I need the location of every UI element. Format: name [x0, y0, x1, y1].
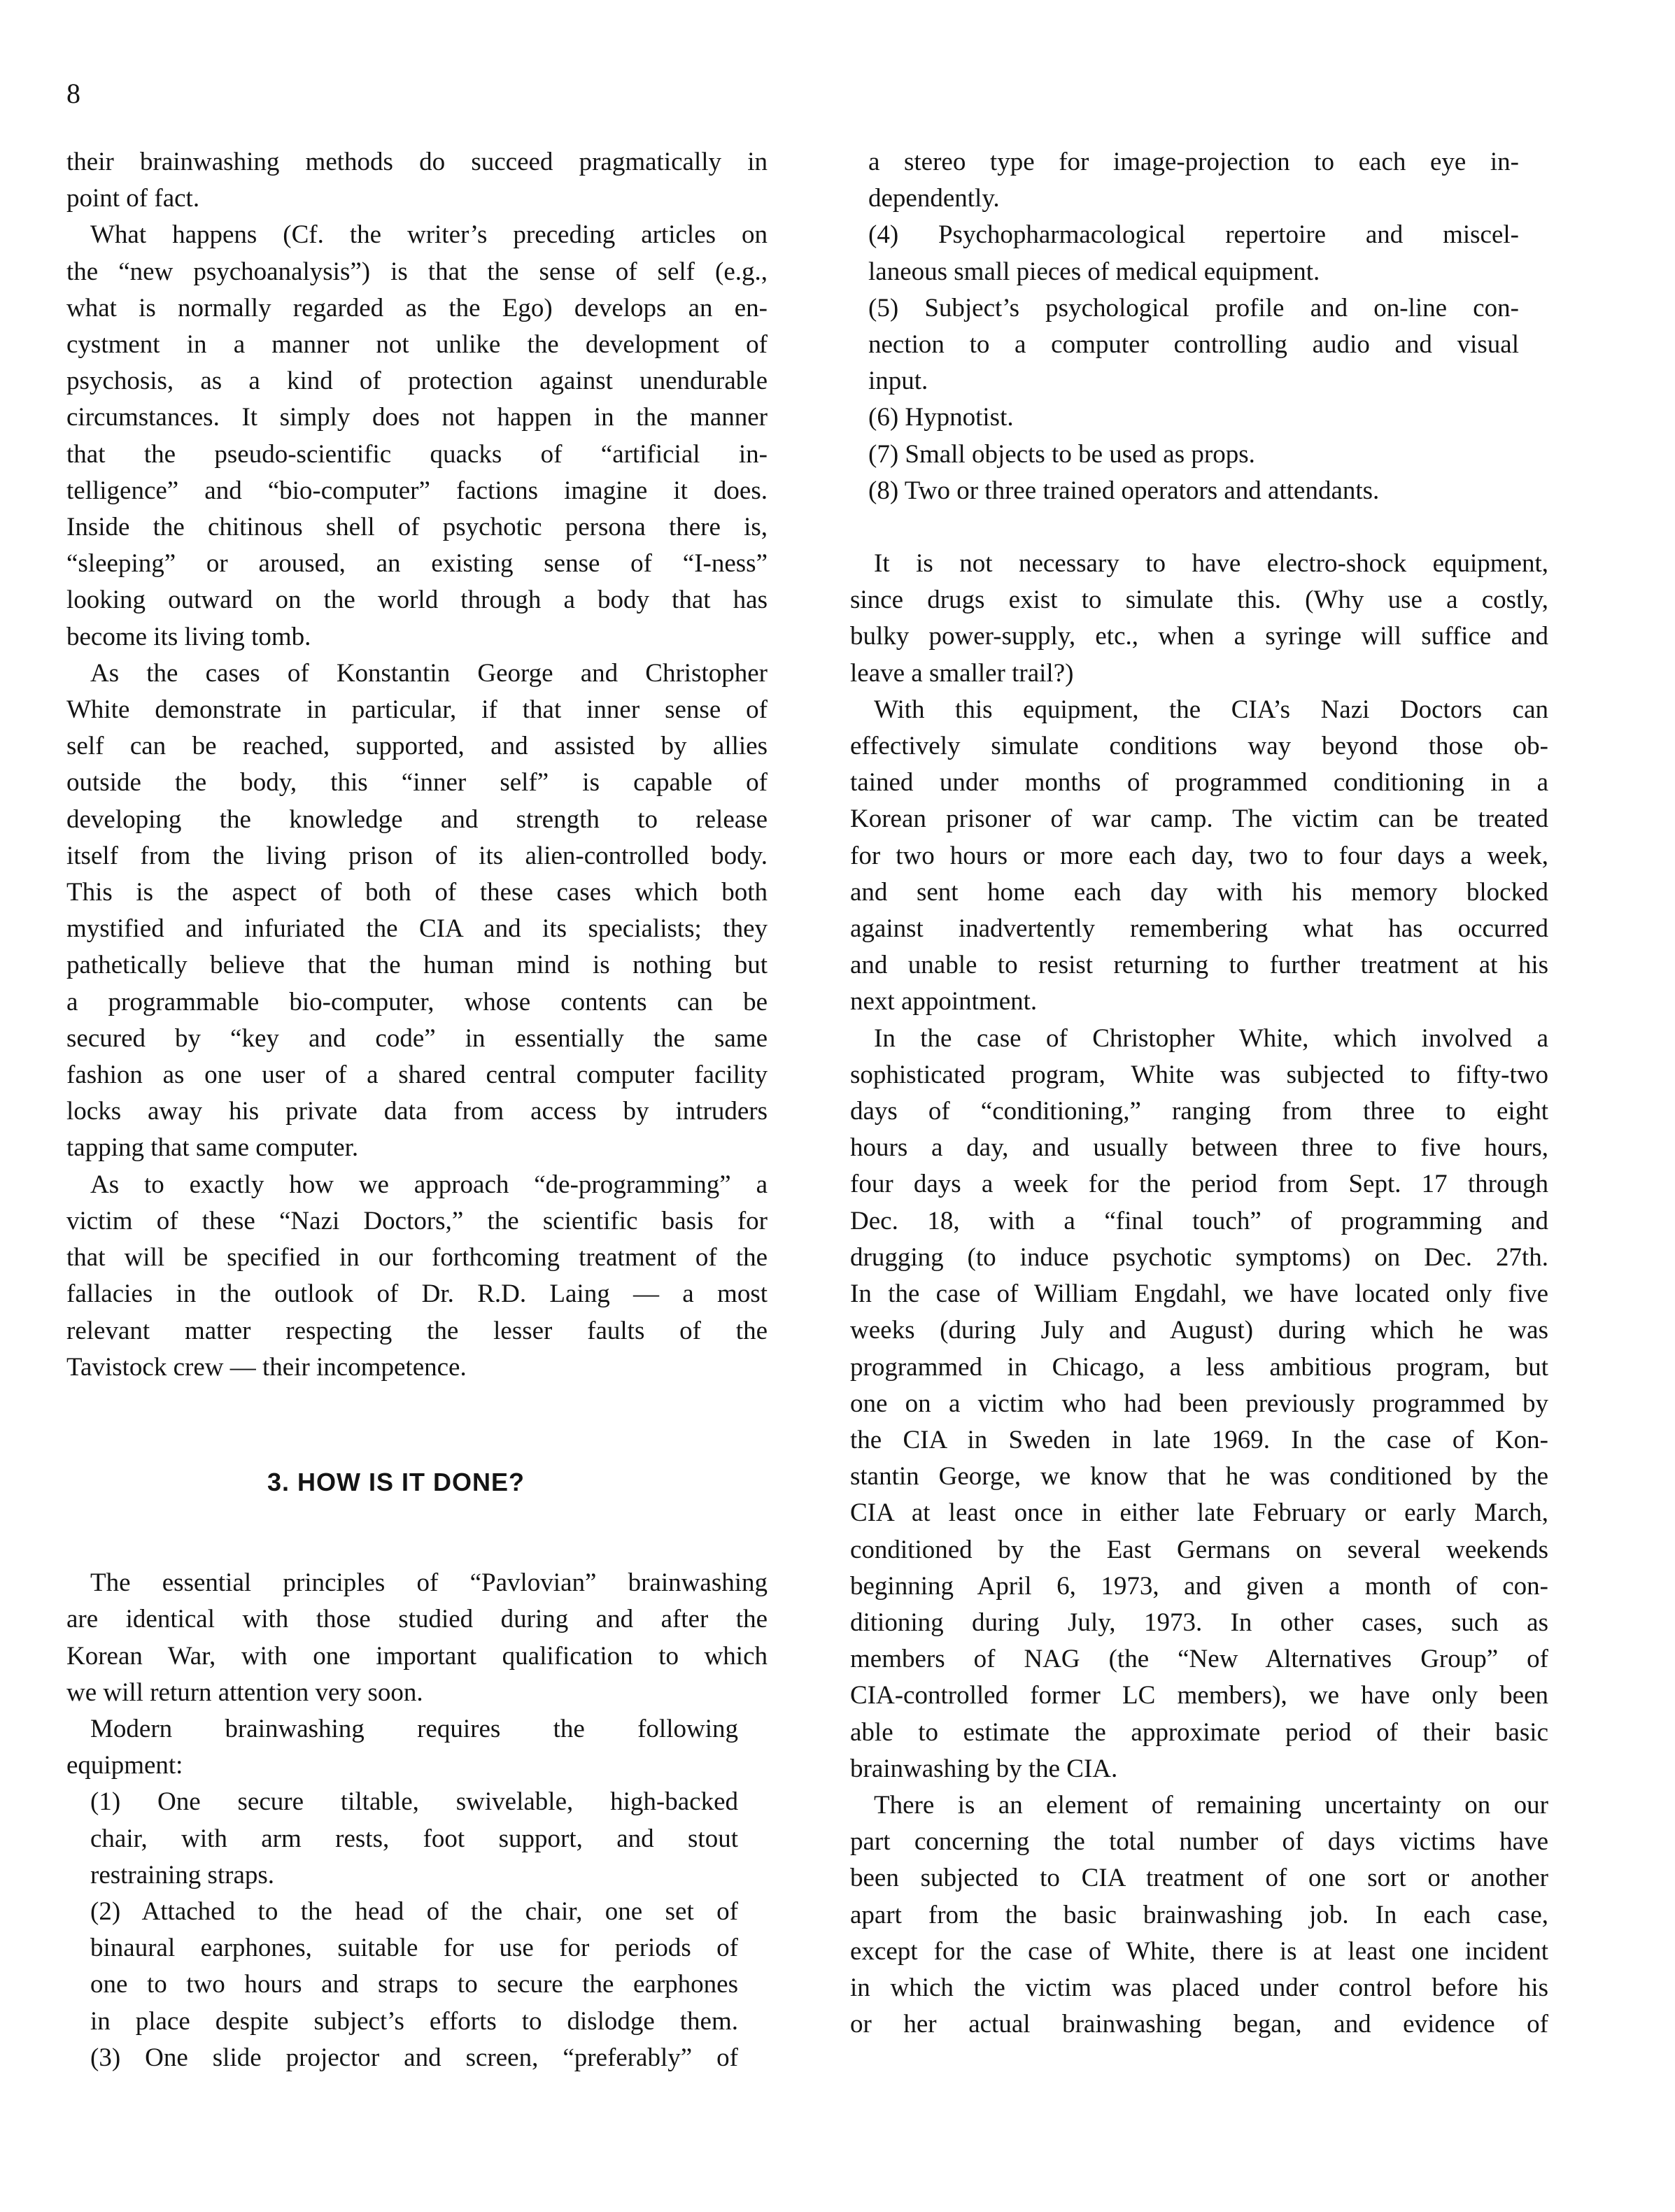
- paragraph-cases: As the cases of Konstantin George and Ch…: [66, 655, 768, 1167]
- text-line: since drugs exist to simulate this. (Why…: [850, 582, 1548, 618]
- text-line: laneous small pieces of medical equipmen…: [868, 254, 1519, 290]
- text-line: and unable to resist returning to furthe…: [850, 947, 1548, 984]
- text-line: (5) Subject’s psychological profile and …: [868, 290, 1519, 327]
- equipment-item-1: (1) One secure tiltable, swivelable, hig…: [90, 1784, 738, 1894]
- text-line: Dec. 18, with a “final touch” of program…: [850, 1203, 1548, 1240]
- text-line: and sent home each day with his memory b…: [850, 874, 1548, 911]
- text-line: It is not necessary to have electro-shoc…: [850, 546, 1548, 582]
- text-line: CIA at least once in either late Februar…: [850, 1495, 1548, 1531]
- text-line: hours a day, and usually between three t…: [850, 1130, 1548, 1166]
- text-line: members of NAG (the “New Alternatives Gr…: [850, 1641, 1548, 1678]
- text-line: their brainwashing methods do succeed pr…: [66, 144, 768, 180]
- text-line: fashion as one user of a shared central …: [66, 1057, 768, 1093]
- text-line: victim of these “Nazi Doctors,” the scie…: [66, 1203, 768, 1240]
- text-line: “sleeping” or aroused, an existing sense…: [66, 546, 768, 582]
- text-line: Inside the chitinous shell of psychotic …: [66, 509, 768, 546]
- section-heading: 3. HOW IS IT DONE?: [66, 1464, 768, 1501]
- right-column: a stereo type for image-projection to ea…: [850, 144, 1548, 2043]
- text-line: tapping that same computer.: [66, 1130, 768, 1166]
- text-line: conditioned by the East Germans on sever…: [850, 1532, 1548, 1568]
- text-line: (7) Small objects to be used as props.: [868, 437, 1519, 473]
- text-line: (8) Two or three trained operators and a…: [868, 473, 1519, 509]
- paragraph-christopher-white: In the case of Christopher White, which …: [850, 1021, 1548, 1787]
- text-line: effectively simulate conditions way beyo…: [850, 728, 1548, 765]
- equipment-item-8: (8) Two or three trained operators and a…: [868, 473, 1519, 509]
- text-line: able to estimate the approximate period …: [850, 1715, 1548, 1751]
- text-line: equipment:: [66, 1747, 738, 1784]
- text-line: White demonstrate in particular, if that…: [66, 692, 768, 728]
- text-line: cystment in a manner not unlike the deve…: [66, 327, 768, 363]
- text-line: programmed in Chicago, a less ambitious …: [850, 1349, 1548, 1386]
- text-line: next appointment.: [850, 984, 1548, 1020]
- text-line: (2) Attached to the head of the chair, o…: [90, 1894, 738, 1930]
- text-line: become its living tomb.: [66, 619, 768, 655]
- equipment-item-7: (7) Small objects to be used as props.: [868, 437, 1519, 473]
- equipment-list: (1) One secure tiltable, swivelable, hig…: [66, 1784, 738, 2076]
- text-line: chair, with arm rests, foot support, and…: [90, 1821, 738, 1857]
- text-line: This is the aspect of both of these case…: [66, 874, 768, 911]
- text-line: are identical with those studied during …: [66, 1601, 768, 1638]
- text-line: what is normally regarded as the Ego) de…: [66, 290, 768, 327]
- text-line: fallacies in the outlook of Dr. R.D. Lai…: [66, 1276, 768, 1312]
- text-line: that will be specified in our forthcomin…: [66, 1240, 768, 1276]
- equipment-item-4: (4) Psychopharmacological repertoire and…: [868, 217, 1519, 290]
- text-line: binaural earphones, suitable for use for…: [90, 1930, 738, 1966]
- text-line: The essential principles of “Pavlovian” …: [66, 1565, 768, 1601]
- text-line: telligence” and “bio-computer” factions …: [66, 473, 768, 509]
- paragraph-what-happens: What happens (Cf. the writer’s preceding…: [66, 217, 768, 655]
- text-line: one to two hours and straps to secure th…: [90, 1966, 738, 2003]
- text-line: days of “conditioning,” ranging from thr…: [850, 1093, 1548, 1130]
- paragraph-principles: The essential principles of “Pavlovian” …: [66, 1565, 768, 1711]
- text-line: point of fact.: [66, 180, 768, 217]
- equipment-list-continued: a stereo type for image-projection to ea…: [850, 144, 1519, 509]
- text-line: circumstances. It simply does not happen…: [66, 399, 768, 436]
- text-line: developing the knowledge and strength to…: [66, 802, 768, 838]
- text-line: input.: [868, 363, 1519, 399]
- text-line: stantin George, we know that he was cond…: [850, 1459, 1548, 1495]
- text-line: looking outward on the world through a b…: [66, 582, 768, 618]
- text-line: mystified and infuriated the CIA and its…: [66, 911, 768, 947]
- text-line: drugging (to induce psychotic symptoms) …: [850, 1240, 1548, 1276]
- text-line: weeks (during July and August) during wh…: [850, 1312, 1548, 1349]
- text-line: in place despite subject’s efforts to di…: [90, 2004, 738, 2040]
- text-line: bulky power-supply, etc., when a syringe…: [850, 618, 1548, 655]
- text-line: leave a smaller trail?): [850, 655, 1548, 692]
- equipment-item-3: (3) One slide projector and screen, “pre…: [90, 2040, 738, 2076]
- text-line: As the cases of Konstantin George and Ch…: [66, 655, 768, 692]
- text-line: been subjected to CIA treatment of one s…: [850, 1860, 1548, 1896]
- text-line: (3) One slide projector and screen, “pre…: [90, 2040, 738, 2076]
- text-line: psychosis, as a kind of protection again…: [66, 363, 768, 399]
- text-line: CIA-controlled former LC members), we ha…: [850, 1678, 1548, 1714]
- paragraph-gap: [850, 509, 1548, 546]
- paragraph-with-this-equipment: With this equipment, the CIA’s Nazi Doct…: [850, 692, 1548, 1021]
- text-line: relevant matter respecting the lesser fa…: [66, 1313, 768, 1349]
- text-line: What happens (Cf. the writer’s preceding…: [66, 217, 768, 253]
- text-line: Tavistock crew — their incompetence.: [66, 1349, 768, 1386]
- text-line: in which the victim was placed under con…: [850, 1970, 1548, 2006]
- text-line: beginning April 6, 1973, and given a mon…: [850, 1568, 1548, 1605]
- text-line: self can be reached, supported, and assi…: [66, 728, 768, 765]
- text-line: for two hours or more each day, two to f…: [850, 838, 1548, 874]
- text-line: Korean prisoner of war camp. The victim …: [850, 801, 1548, 837]
- text-line: (1) One secure tiltable, swivelable, hig…: [90, 1784, 738, 1820]
- paragraph-deprogramming: As to exactly how we approach “de-progra…: [66, 1167, 768, 1386]
- paragraph-uncertainty: There is an element of remaining uncerta…: [850, 1787, 1548, 2043]
- text-line: Korean War, with one important qualifica…: [66, 1638, 768, 1675]
- text-line: dependently.: [868, 180, 1519, 217]
- paragraph-equipment-intro: Modern brainwashing requires the followi…: [66, 1711, 738, 1784]
- text-line: With this equipment, the CIA’s Nazi Doct…: [850, 692, 1548, 728]
- equipment-item-6: (6) Hypnotist.: [868, 399, 1519, 436]
- text-line: (4) Psychopharmacological repertoire and…: [868, 217, 1519, 253]
- text-line: sophisticated program, White was subject…: [850, 1057, 1548, 1093]
- text-line: Modern brainwashing requires the followi…: [66, 1711, 738, 1747]
- left-column: their brainwashing methods do succeed pr…: [66, 144, 768, 2076]
- text-line: we will return attention very soon.: [66, 1675, 768, 1711]
- text-line: itself from the living prison of its ali…: [66, 838, 768, 874]
- text-line: outside the body, this “inner self” is c…: [66, 765, 768, 801]
- page-number: 8: [66, 76, 80, 112]
- text-line: that the pseudo-scientific quacks of “ar…: [66, 437, 768, 473]
- text-line: or her actual brainwashing began, and ev…: [850, 2006, 1548, 2043]
- equipment-item-5: (5) Subject’s psychological profile and …: [868, 290, 1519, 400]
- text-line: secured by “key and code” in essentially…: [66, 1021, 768, 1057]
- text-line: (6) Hypnotist.: [868, 399, 1519, 436]
- text-line: apart from the basic brainwashing job. I…: [850, 1897, 1548, 1934]
- text-line: a stereo type for image-projection to ea…: [868, 144, 1519, 180]
- paragraph-electro-shock: It is not necessary to have electro-shoc…: [850, 546, 1548, 692]
- text-line: locks away his private data from access …: [66, 1093, 768, 1130]
- text-line: In the case of William Engdahl, we have …: [850, 1276, 1548, 1312]
- text-line: against inadvertently remembering what h…: [850, 911, 1548, 947]
- text-line: brainwashing by the CIA.: [850, 1751, 1548, 1787]
- text-line: the “new psychoanalysis”) is that the se…: [66, 254, 768, 290]
- text-line: part concerning the total number of days…: [850, 1824, 1548, 1860]
- text-line: ditioning during July, 1973. In other ca…: [850, 1605, 1548, 1641]
- equipment-item-2: (2) Attached to the head of the chair, o…: [90, 1894, 738, 2040]
- text-line: nection to a computer controlling audio …: [868, 327, 1519, 363]
- text-line: restraining straps.: [90, 1857, 738, 1894]
- text-line: There is an element of remaining uncerta…: [850, 1787, 1548, 1824]
- text-line: four days a week for the period from Sep…: [850, 1166, 1548, 1203]
- paragraph-continuation: their brainwashing methods do succeed pr…: [66, 144, 768, 217]
- text-line: the CIA in Sweden in late 1969. In the c…: [850, 1422, 1548, 1459]
- text-line: a programmable bio-computer, whose conte…: [66, 984, 768, 1021]
- text-line: As to exactly how we approach “de-progra…: [66, 1167, 768, 1203]
- text-line: In the case of Christopher White, which …: [850, 1021, 1548, 1057]
- text-line: tained under months of programmed condit…: [850, 765, 1548, 801]
- equipment-item-3-continued: a stereo type for image-projection to ea…: [868, 144, 1519, 217]
- text-line: one on a victim who had been previously …: [850, 1386, 1548, 1422]
- text-line: except for the case of White, there is a…: [850, 1934, 1548, 1970]
- text-line: pathetically believe that the human mind…: [66, 947, 768, 984]
